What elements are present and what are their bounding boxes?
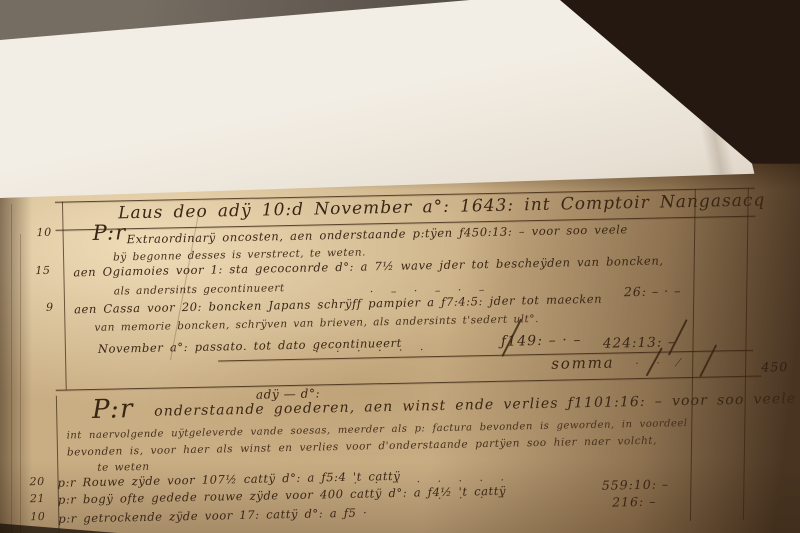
posting-slash — [699, 344, 717, 377]
dotted-leader: · · · · — [438, 491, 512, 505]
entry-line: als andersints gecontinueert — [114, 282, 285, 297]
entry-margin-number: 9 — [46, 301, 54, 314]
sheet-crease — [675, 0, 736, 180]
somma-label: somma — [551, 354, 614, 373]
section-date-header: adÿ — d°: — [256, 386, 321, 401]
entry-line: van memorie boncken, schrÿven van brieve… — [94, 313, 539, 334]
entry-margin-number: 15 — [35, 264, 50, 277]
amount: 26: – · – — [624, 283, 682, 299]
ledger-title: Laus deo adÿ 10:d November a°: 1643: int… — [118, 190, 766, 223]
ruled-line-block-bottom — [56, 376, 762, 391]
manuscript-photo: Laus deo adÿ 10:d November a°: 1643: int… — [0, 0, 800, 533]
entry-margin-number: 10 — [30, 510, 45, 523]
manuscript-page: Laus deo adÿ 10:d November a°: 1643: int… — [0, 163, 800, 533]
entry-margin-number: 21 — [30, 492, 45, 505]
amount: 424:13: – — [603, 334, 676, 351]
ledger-content: Laus deo adÿ 10:d November a°: 1643: int… — [0, 149, 800, 533]
dotted-leader: · · · · · · — [315, 343, 431, 358]
amount: 216: – — [612, 494, 657, 510]
cover-sheet — [0, 0, 800, 202]
entry-initial: P:r — [92, 394, 134, 425]
money-column-rule-1 — [690, 189, 696, 521]
entry-line: p:r getrockende zÿde voor 17: cattÿ d°: … — [58, 505, 367, 525]
entry-margin-number: 10 — [36, 226, 51, 239]
amount: 559:10: – — [602, 476, 670, 492]
amount: ƒ149: – · – — [501, 332, 582, 350]
entry-line: te weten — [97, 461, 149, 474]
entry-margin-number: 20 — [29, 475, 44, 488]
entry-line: onderstaande goederen, aen winst ende ve… — [154, 391, 796, 420]
money-column-rule-2 — [743, 188, 749, 520]
somma-amount: 450 — [761, 359, 788, 375]
entry-initial: P:r — [92, 220, 126, 245]
dotted-leader: · · ⁄ — [635, 356, 686, 370]
